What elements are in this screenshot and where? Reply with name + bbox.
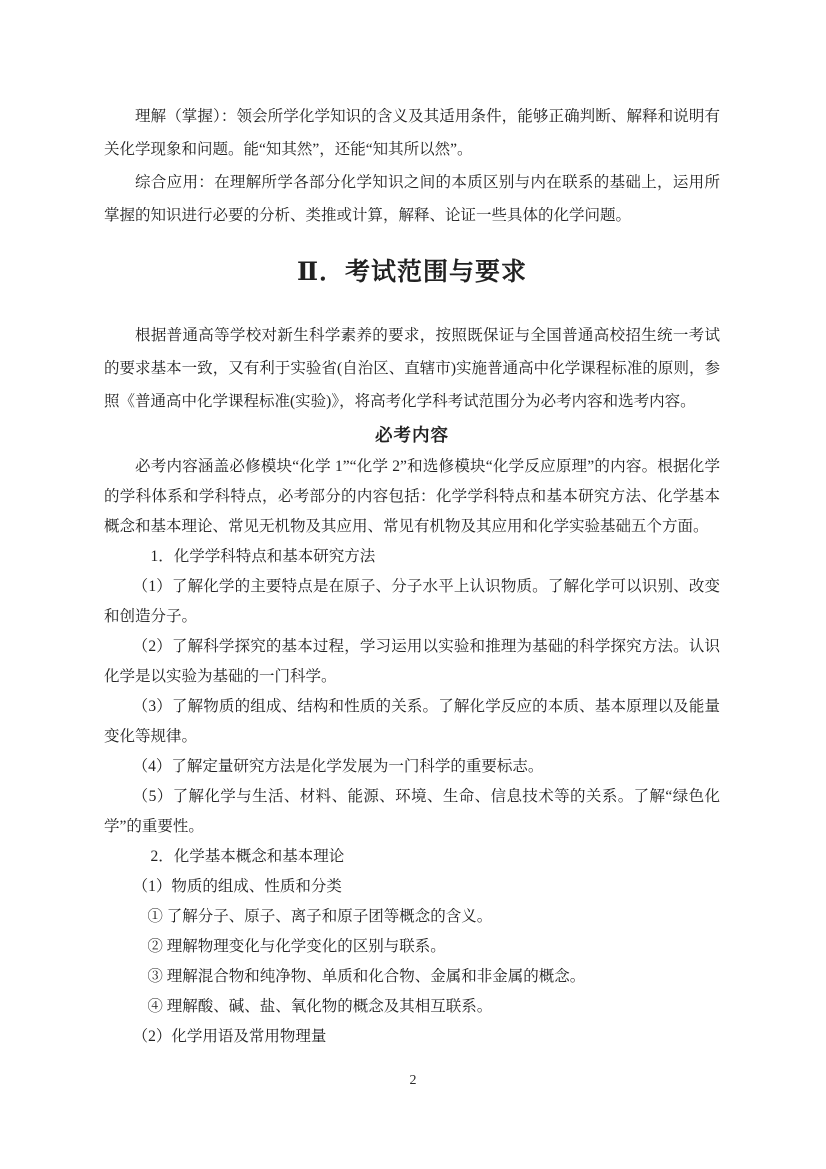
outline-item: ① 了解分子、原子、离子和原子团等概念的含义。 xyxy=(104,902,720,932)
outline-item: （3）了解物质的组成、结构和性质的关系。了解化学反应的本质、基本原理以及能量变化… xyxy=(104,692,720,752)
section-heading-exam-scope: Ⅱ．考试范围与要求 xyxy=(104,254,720,291)
paragraph-application-level: 综合应用：在理解所学各部分化学知识之间的本质区别与内在联系的基础上，运用所掌握的… xyxy=(104,166,720,232)
paragraph-section-intro: 根据普通高等学校对新生科学素养的要求，按照既保证与全国普通高校招生统一考试的要求… xyxy=(104,319,720,418)
outline-item: （1）物质的组成、性质和分类 xyxy=(104,872,720,902)
outline-item: （1）了解化学的主要特点是在原子、分子水平上认识物质。了解化学可以识别、改变和创… xyxy=(104,572,720,632)
outline-item: ④ 理解酸、碱、盐、氧化物的概念及其相互联系。 xyxy=(104,992,720,1022)
outline-item: （4）了解定量研究方法是化学发展为一门科学的重要标志。 xyxy=(104,752,720,782)
outline-item: ② 理解物理变化与化学变化的区别与联系。 xyxy=(104,932,720,962)
outline-item: （2）了解科学探究的基本过程，学习运用以实验和推理为基础的科学探究方法。认识化学… xyxy=(104,632,720,692)
document-page: 理解（掌握）：领会所学化学知识的含义及其适用条件，能够正确判断、解释和说明有关化… xyxy=(0,0,826,1169)
subsection-heading-required-content: 必考内容 xyxy=(104,422,720,448)
page-number: 2 xyxy=(0,1071,826,1091)
outline-item: 2．化学基本概念和基本理论 xyxy=(104,842,720,872)
paragraph-subsection-intro: 必考内容涵盖必修模块“化学 1”“化学 2”和选修模块“化学反应原理”的内容。根… xyxy=(104,452,720,542)
outline-list: 1．化学学科特点和基本研究方法 （1）了解化学的主要特点是在原子、分子水平上认识… xyxy=(104,542,720,1052)
outline-item: 1．化学学科特点和基本研究方法 xyxy=(104,542,720,572)
outline-item: （5）了解化学与生活、材料、能源、环境、生命、信息技术等的关系。了解“绿色化学”… xyxy=(104,782,720,842)
paragraph-comprehend-level: 理解（掌握）：领会所学化学知识的含义及其适用条件，能够正确判断、解释和说明有关化… xyxy=(104,100,720,166)
outline-item: ③ 理解混合物和纯净物、单质和化合物、金属和非金属的概念。 xyxy=(104,962,720,992)
outline-item: （2）化学用语及常用物理量 xyxy=(104,1022,720,1052)
